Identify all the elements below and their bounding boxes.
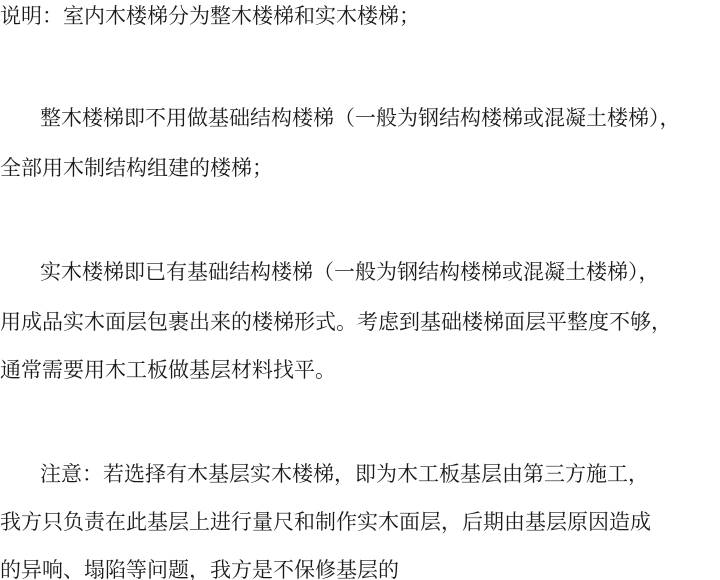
paragraph-real-wood-line-3: 通常需要用木工板做基层材料找平。 <box>0 356 336 384</box>
paragraph-solid-wood-line-1: 整木楼梯即不用做基础结构楼梯（一般为钢结构楼梯或混凝土楼梯）， <box>40 104 681 132</box>
notice-line-3: 的异响、塌陷等问题，我方是不保修基层的 <box>0 556 399 580</box>
paragraph-real-wood-line-1: 实木楼梯即已有基础结构楼梯（一般为钢结构楼梯或混凝土楼梯）， <box>40 258 660 286</box>
notice-line-1: 注意：若选择有木基层实木楼梯，即为木工板基层由第三方施工， <box>40 460 649 488</box>
paragraph-solid-wood-line-2: 全部用木制结构组建的楼梯； <box>0 154 273 182</box>
paragraph-real-wood-line-2: 用成品实木面层包裹出来的楼梯形式。考虑到基础楼梯面层平整度不够， <box>0 308 672 336</box>
intro-line: 说明：室内木楼梯分为整木楼梯和实木楼梯； <box>0 2 420 30</box>
notice-line-2: 我方只负责在此基层上进行量尺和制作实木面层，后期由基层原因造成 <box>0 508 651 536</box>
